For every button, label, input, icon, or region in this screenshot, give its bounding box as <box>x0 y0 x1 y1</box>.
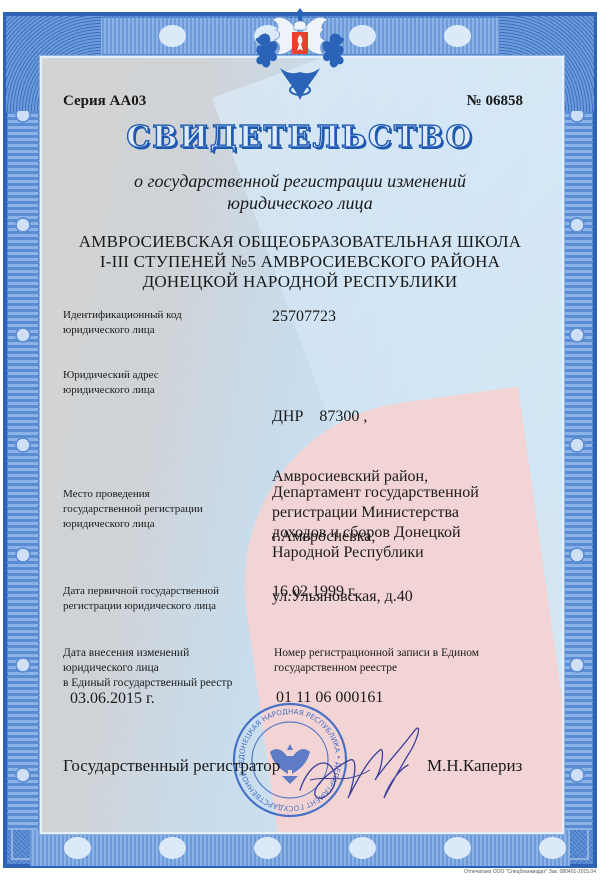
initial-registration-date-value: 16.02.1999 г. <box>272 582 357 602</box>
label-line: государственной регистрации <box>63 502 263 517</box>
label-line: юридического лица <box>63 661 263 676</box>
label-line: Дата первичной государственной <box>63 584 263 599</box>
label-line: Место проведения <box>63 487 263 502</box>
organization-name-line: I-III СТУПЕНЕЙ №5 АМВРОСИЕВСКОГО РАЙОНА <box>0 252 600 272</box>
series-label: Серия АА03 <box>63 93 146 110</box>
value-line: Департамент государственной <box>272 483 479 503</box>
subtitle-line: юридического лица <box>0 192 600 214</box>
change-date-value: 03.06.2015 г. <box>70 689 155 709</box>
organization-name-line: ДОНЕЦКОЙ НАРОДНОЙ РЕСПУБЛИКИ <box>0 272 600 292</box>
registration-place-label: Место проведения государственной регистр… <box>63 487 263 532</box>
id-code-value: 25707723 <box>272 307 336 327</box>
registrar-name: М.Н.Капериз <box>427 756 522 776</box>
label-line: Дата внесения изменений <box>63 646 263 661</box>
label-line: Юридический адрес <box>63 368 263 383</box>
value-line: Народной Республики <box>272 543 479 563</box>
organization-name: АМВРОСИЕВСКАЯ ОБЩЕОБРАЗОВАТЕЛЬНАЯ ШКОЛА … <box>0 232 600 292</box>
signature-icon <box>290 720 440 810</box>
label-line: юридического лица <box>63 383 263 398</box>
value-line: регистрации Министерства <box>272 503 479 523</box>
label-line: юридического лица <box>63 323 263 338</box>
label-line: Номер регистрационной записи в Едином <box>274 646 554 661</box>
document-subtitle: о государственной регистрации изменений … <box>0 170 600 214</box>
certificate-number: № 06858 <box>467 93 523 110</box>
address-line: ДНР 87300 , <box>272 407 428 427</box>
label-line: регистрации юридического лица <box>63 599 263 614</box>
document-title: СВИДЕТЕЛЬСТВО <box>0 120 600 155</box>
subtitle-line: о государственной регистрации изменений <box>0 170 600 192</box>
registry-record-label: Номер регистрационной записи в Едином го… <box>274 646 554 676</box>
label-line: Идентификационный код <box>63 308 263 323</box>
value-line: доходов и сборов Донецкой <box>272 523 479 543</box>
decorative-border-bottom <box>30 830 570 866</box>
coat-of-arms-eagle-icon <box>250 8 350 108</box>
initial-registration-date-label: Дата первичной государственной регистрац… <box>63 584 263 614</box>
label-line: юридического лица <box>63 517 263 532</box>
printer-imprint: Отпечатано ООО "Спецбланкиздат" Зак. 080… <box>464 869 596 875</box>
registration-place-value: Департамент государственной регистрации … <box>272 483 479 563</box>
change-date-label: Дата внесения изменений юридического лиц… <box>63 646 263 691</box>
id-code-label: Идентификационный код юридического лица <box>63 308 263 338</box>
address-label: Юридический адрес юридического лица <box>63 368 263 398</box>
label-line: государственном реестре <box>274 661 554 676</box>
organization-name-line: АМВРОСИЕВСКАЯ ОБЩЕОБРАЗОВАТЕЛЬНАЯ ШКОЛА <box>0 232 600 252</box>
registrar-title: Государственный регистратор <box>63 756 280 776</box>
